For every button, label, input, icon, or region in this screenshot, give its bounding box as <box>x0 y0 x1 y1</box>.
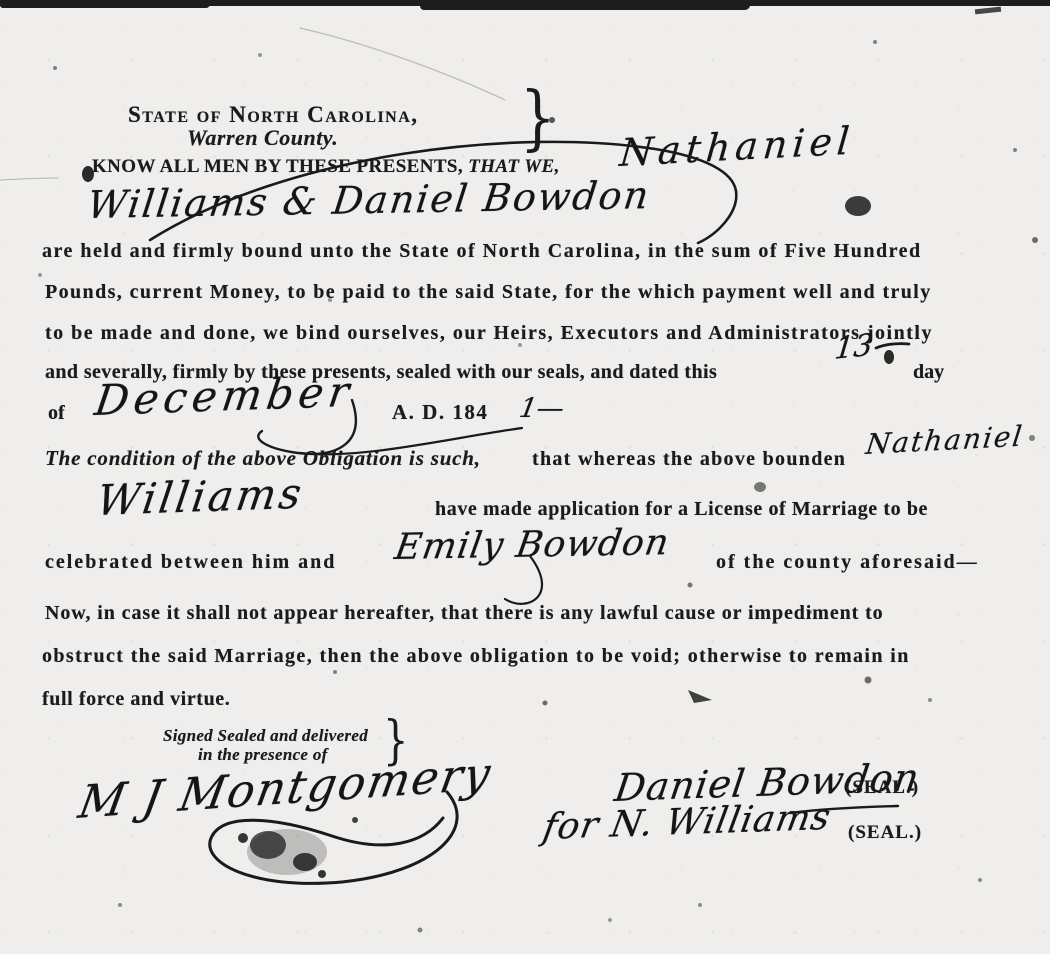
attestation-line-1: Signed Sealed and delivered <box>163 727 368 746</box>
body-ad-printed: A. D. 184 <box>392 401 488 424</box>
handwritten-bondsmen-names: Williams & Daniel Bowdon <box>85 175 653 227</box>
handwritten-signature-2: for N. Williams <box>540 798 834 848</box>
header-county-line: Warren County. <box>187 126 338 150</box>
handwritten-surname: Williams <box>94 471 307 525</box>
body-line-1: are held and firmly bound unto the State… <box>42 240 922 262</box>
opening-printed-text: KNOW ALL MEN BY THESE PRESENTS, <box>92 156 468 177</box>
scan-edge-top-blob <box>420 0 750 10</box>
handwritten-witness-signature: M J Montgomery <box>75 748 496 827</box>
condition-line-2: have made application for a License of M… <box>435 498 928 520</box>
condition-line-5: obstruct the said Marriage, then the abo… <box>42 645 910 667</box>
body-line-4-suffix: day <box>913 361 944 383</box>
scan-edge-fleck <box>975 7 1001 15</box>
scanned-marriage-bond-page: State of North Carolina, Warren County. … <box>0 0 1050 954</box>
condition-line-3-suffix: of the county aforesaid— <box>716 551 979 573</box>
body-line-5-prefix: of <box>48 402 65 424</box>
header-state-line: State of North Carolina, <box>128 102 419 127</box>
header-brace: } <box>520 80 556 157</box>
handwritten-bride-name: Emily Bowdon <box>392 523 672 567</box>
seal-label-2: (SEAL.) <box>848 823 922 844</box>
body-line-2: Pounds, current Money, to be paid to the… <box>45 281 932 303</box>
handwritten-bounden-name: Nathaniel <box>864 422 1025 461</box>
handwritten-year-suffix: 1— <box>517 394 566 424</box>
condition-lead-rest: that whereas the above bounden <box>532 448 846 470</box>
opening-that-we: THAT WE, <box>468 156 560 177</box>
handwritten-day-number: 13 <box>833 328 875 366</box>
body-line-3: to be made and done, we bind ourselves, … <box>45 322 933 344</box>
seal-label-1: (SEAL.) <box>845 778 919 799</box>
condition-line-4: Now, in case it shall not appear hereaft… <box>45 602 884 624</box>
condition-line-6: full force and virtue. <box>42 688 230 710</box>
condition-line-3-prefix: celebrated between him and <box>45 551 336 573</box>
handwritten-month: December <box>92 369 357 424</box>
handwritten-groom-first-name: Nathaniel <box>618 120 856 174</box>
condition-lead-italic: The condition of the above Obligation is… <box>45 447 481 470</box>
scan-edge-top-left <box>0 0 210 8</box>
